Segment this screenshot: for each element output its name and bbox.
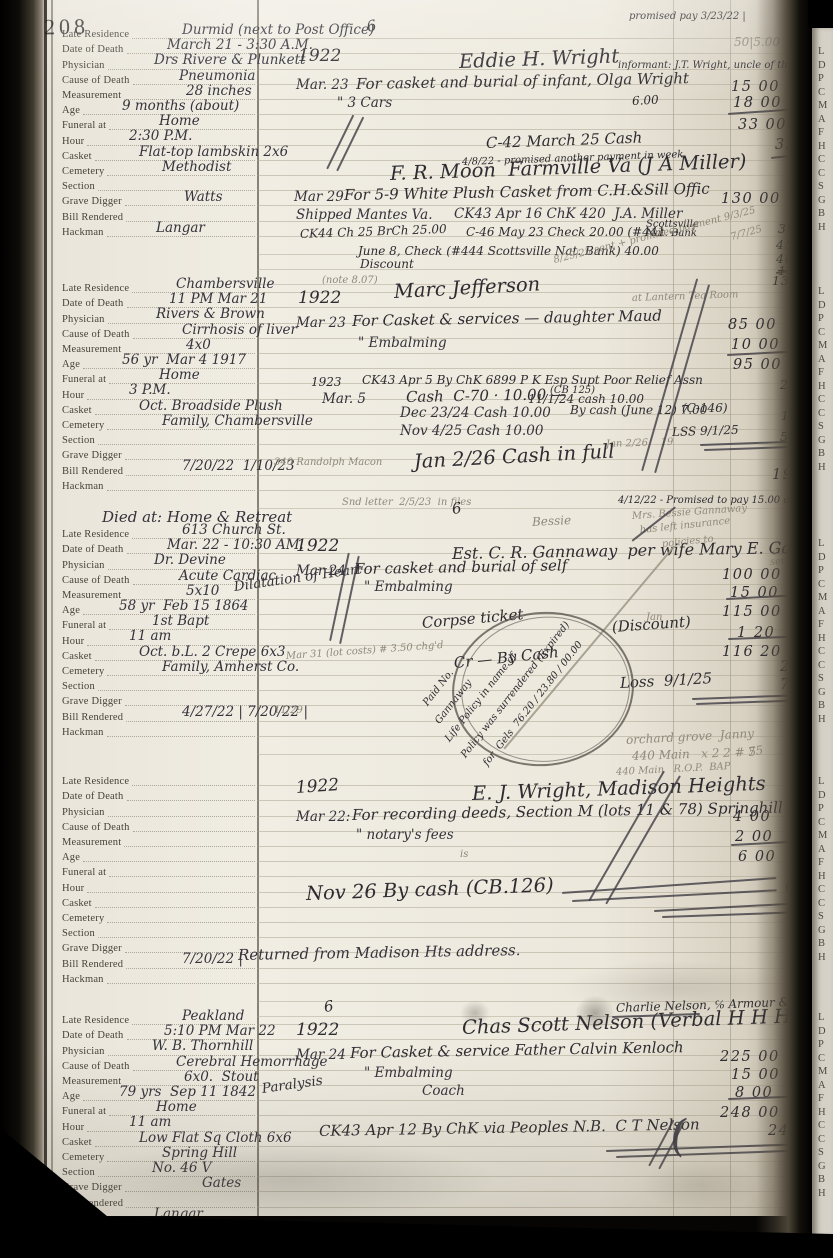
handwritten-note: Paid No. <box>422 668 457 708</box>
field-label: Hour <box>62 390 84 402</box>
field-value: Drs Rivere & Plunkett <box>154 53 305 67</box>
ledger-line <box>257 338 788 339</box>
pen-stroke <box>588 771 665 902</box>
adjacent-page-label-letter: L <box>818 286 824 297</box>
dotted-leader <box>132 538 255 539</box>
ledger-line <box>257 983 788 984</box>
adjacent-page-label-letter: P <box>818 73 824 84</box>
field-label: Funeral at <box>62 120 106 132</box>
handwritten-note: Nat. Bank <box>646 229 697 240</box>
handwritten-note: Paralysis <box>261 1074 324 1097</box>
adjacent-page-label-letter: F <box>818 857 824 868</box>
dotted-leader <box>107 236 255 237</box>
handwritten-note: For recording deeds, Section M (lots 11 … <box>352 800 783 823</box>
adjacent-page-label-letter: B <box>818 1174 825 1185</box>
dotted-leader <box>95 160 255 161</box>
label-zone: Measurement <box>62 344 257 356</box>
ledger-line <box>257 429 788 430</box>
field-label: Cause of Death <box>62 1061 130 1073</box>
adjacent-page-label-letter: D <box>818 790 826 801</box>
handwritten-note: at Lantern Tea Room <box>632 290 739 304</box>
form-row: Hackman <box>62 478 788 493</box>
dotted-leader <box>132 38 255 39</box>
handwritten-note: 11/29 <box>274 706 303 717</box>
adjacent-page-label-letter: S <box>818 181 824 192</box>
form-row: Bill Rendered <box>62 1194 788 1209</box>
label-zone: Cemetery <box>62 1152 257 1164</box>
book-gutter-right <box>756 0 812 1258</box>
form-row: Measurement <box>62 341 788 356</box>
dotted-leader <box>127 53 256 54</box>
form-row: Hackman <box>62 971 788 986</box>
adjacent-page-label-letter: S <box>818 1147 824 1158</box>
ledger-line <box>257 892 788 893</box>
label-zone: Cemetery <box>62 913 257 925</box>
ledger-line <box>257 846 788 847</box>
field-value: Cirrhosis of liver <box>182 323 297 337</box>
pen-stroke <box>612 1013 700 1018</box>
label-zone: Hackman <box>62 974 257 986</box>
ledger-line <box>257 1039 788 1040</box>
label-zone: Grave Digger <box>62 196 257 208</box>
dotted-leader <box>126 475 255 476</box>
field-label: Age <box>62 605 80 617</box>
adjacent-page-label-letter: A <box>818 1080 826 1091</box>
field-label: Bill Rendered <box>62 712 123 724</box>
form-row: Grave Digger <box>62 1179 788 1194</box>
dotted-leader <box>87 892 255 893</box>
ledger-line <box>257 99 788 100</box>
page-edge-line <box>51 0 53 1216</box>
ledger-line <box>257 323 788 324</box>
ledger-line <box>257 69 788 70</box>
label-zone: Casket <box>62 151 257 163</box>
label-zone: Grave Digger <box>62 450 257 462</box>
handwritten-note: 1922 <box>295 777 339 798</box>
pen-stroke <box>329 553 349 641</box>
field-value: Peakland <box>182 1009 244 1023</box>
label-zone: Casket <box>62 1137 257 1149</box>
adjacent-page-label-letter: H <box>818 952 826 963</box>
handwritten-note: E. J. Wright, Madison Heights <box>472 774 766 805</box>
ledger-line <box>257 414 788 415</box>
dotted-leader <box>126 221 255 222</box>
adjacent-page-label-letter: H <box>818 633 826 644</box>
dotted-leader <box>95 1146 255 1147</box>
field-label: Cemetery <box>62 1152 104 1164</box>
adjacent-page-label-letter: L <box>818 776 824 787</box>
field-label: Measurement <box>62 1076 121 1088</box>
handwritten-note: " Embalming <box>364 1066 453 1080</box>
field-value: Family, Chambersville <box>162 414 313 428</box>
field-label: Casket <box>62 151 92 163</box>
form-row: Age <box>62 849 788 864</box>
field-label: Hour <box>62 1122 84 1134</box>
adjacent-page-label-letter: G <box>818 435 826 446</box>
dotted-leader <box>109 383 255 384</box>
label-zone: Cemetery <box>62 420 257 432</box>
form-row: Section <box>62 678 788 693</box>
form-row: Bill Rendered <box>62 955 788 970</box>
dotted-leader <box>132 1024 255 1025</box>
handwritten-note: 6.00 <box>632 94 659 108</box>
pen-stroke <box>326 115 354 170</box>
field-label: Funeral at <box>62 1106 106 1118</box>
ledger-line <box>257 937 788 938</box>
field-value: Mar. 22 - 10:30 AM. <box>167 538 304 552</box>
form-row: Measurement <box>62 1073 788 1088</box>
form-row: Casket <box>62 148 788 163</box>
label-zone: Physician <box>62 60 257 72</box>
field-value: Cerebral Hemorrhage <box>176 1055 328 1069</box>
field-value: 5x10 <box>186 584 219 598</box>
label-zone: Bill Rendered <box>62 712 257 724</box>
label-zone: Section <box>62 681 257 693</box>
adjacent-page-label-letter: F <box>818 367 824 378</box>
dotted-leader <box>132 785 255 786</box>
book-binding-left <box>0 0 46 1258</box>
handwritten-note: Mar 31 (lot costs) # 3.50 chg'd <box>286 641 444 662</box>
handwritten-note: ( <box>667 1112 690 1160</box>
form-row: Date of Death <box>62 41 788 56</box>
form-row: Cemetery <box>62 910 788 925</box>
ledger-line <box>257 599 788 600</box>
form-row: Cause of Death <box>62 572 788 587</box>
adjacent-page-label-letter: D <box>818 1026 826 1037</box>
handwritten-note: Mar. 5 <box>322 392 366 406</box>
handwritten-note: Jan 2/26 19 <box>606 438 674 451</box>
form-row: Late Residence <box>62 1012 788 1027</box>
handwritten-note: Scottsville <box>646 220 699 231</box>
label-zone: Funeral at <box>62 1106 257 1118</box>
paper-stain <box>460 1000 490 1026</box>
field-label: Grave Digger <box>62 696 122 708</box>
form-row: Hour <box>62 132 788 147</box>
handwritten-note: Mar 24 <box>296 564 346 578</box>
ledger-line <box>257 38 788 39</box>
form-row: Age <box>62 356 788 371</box>
ledger-line <box>257 1070 788 1071</box>
field-label: Late Residence <box>62 283 129 295</box>
field-value: 11 am <box>129 629 171 643</box>
field-value: Low Flat Sq Cloth 6x6 <box>139 1131 292 1145</box>
paper-smudge <box>640 1160 760 1210</box>
ledger-line <box>257 876 788 877</box>
field-label: Late Residence <box>62 776 129 788</box>
field-label: Casket <box>62 405 92 417</box>
label-zone: Bill Rendered <box>62 959 257 971</box>
field-label: Hackman <box>62 974 104 986</box>
field-label: Measurement <box>62 590 121 602</box>
field-label: Hour <box>62 636 84 648</box>
handwritten-note: 8/29/25 sent + promised payment 9/3/25 <box>553 206 757 266</box>
form-row: Grave Digger <box>62 940 788 955</box>
adjacent-page-label-letter: P <box>818 803 824 814</box>
field-value: Home <box>156 1100 197 1114</box>
field-label: Age <box>62 852 80 864</box>
handwritten-note: Jan 2/26 Cash in full <box>413 442 615 473</box>
handwritten-note: Mar 23 <box>296 316 346 330</box>
handwritten-note: Chas Scott Nelson (Verbal H H Harris) <box>462 1005 790 1039</box>
handwritten-note: Marc Jefferson <box>393 274 540 302</box>
ledger-line <box>257 292 788 293</box>
field-label: Physician <box>62 60 105 72</box>
form-row: Physician <box>62 803 788 818</box>
adjacent-page-label-letter: P <box>818 1039 824 1050</box>
dotted-leader <box>133 84 255 85</box>
adjacent-page-label-letter: C <box>818 168 825 179</box>
adjacent-page-label-letter: G <box>818 195 826 206</box>
adjacent-page-label-letter: L <box>818 538 824 549</box>
form-row: Funeral at <box>62 371 788 386</box>
adjacent-page-label-letter: C <box>818 660 825 671</box>
dotted-leader <box>107 175 255 176</box>
field-value: Langar <box>154 1207 203 1216</box>
adjacent-page-label-letter: H <box>818 871 826 882</box>
form-row: Funeral at <box>62 117 788 132</box>
adjacent-page-label-letter: M <box>818 1066 827 1077</box>
ledger-line <box>257 53 788 54</box>
label-zone: Hour <box>62 636 257 648</box>
scanned-ledger-photo: 208 Late ResidenceDate of DeathPhysician… <box>0 0 833 1258</box>
adjacent-page-label-letter: G <box>818 925 826 936</box>
ledger-line <box>257 645 788 646</box>
field-label: Bill Rendered <box>62 212 123 224</box>
adjacent-page-label-letter: F <box>818 1093 824 1104</box>
ledger-line <box>257 493 788 509</box>
label-zone: Hackman <box>62 227 257 239</box>
handwritten-note: 440 Main x 2 2 # 5 <box>632 746 757 763</box>
dotted-leader <box>125 1191 255 1192</box>
form-row: Cause of Death <box>62 1058 788 1073</box>
dotted-leader <box>108 1055 255 1056</box>
label-zone: Funeral at <box>62 620 257 632</box>
dotted-leader <box>107 1161 255 1162</box>
field-value: Spring Hill <box>162 1146 237 1160</box>
label-zone: Date of Death <box>62 298 257 310</box>
adjacent-page-label-letter: B <box>818 700 825 711</box>
label-zone: Section <box>62 928 257 940</box>
field-value: 7/20/22 | <box>182 952 243 966</box>
field-value: Oct. b.L. 2 Crepe 6x3 <box>139 645 285 659</box>
handwritten-note: Mrs. Bessie Gannaway <box>632 504 748 523</box>
field-value: 4x0 <box>186 338 211 352</box>
handwritten-note: CK44 Ch 25 BrCh 25.00 <box>300 223 447 241</box>
pen-stroke <box>658 1123 684 1170</box>
handwritten-note: Shipped Mantes Va. <box>296 208 433 222</box>
adjacent-page-label-letter: B <box>818 448 825 459</box>
handwritten-note: Corpse ticket <box>421 607 524 632</box>
dotted-leader <box>133 338 255 339</box>
adjacent-page-label-letter: D <box>818 60 826 71</box>
adjacent-page-label-letter: F <box>818 127 824 138</box>
adjacent-page-label-letter: A <box>818 844 826 855</box>
pen-stroke <box>654 284 710 473</box>
handwritten-note: " notary's fees <box>356 828 454 842</box>
form-row: Date of Death <box>62 541 788 556</box>
label-zone: Section <box>62 435 257 447</box>
field-value: Dr. Devine <box>154 553 226 567</box>
ledger-line <box>257 1161 788 1162</box>
dotted-leader <box>87 1131 255 1132</box>
label-zone: Age <box>62 359 257 371</box>
field-value: Acute Cardiac <box>179 569 276 583</box>
form-row: Age <box>62 102 788 117</box>
handwritten-note: C-46 May 23 Check 20.00 (#441 → <box>466 226 679 239</box>
ledger-line <box>257 353 788 354</box>
adjacent-page-label-letter: C <box>818 817 825 828</box>
handwritten-note: Nov 26 By cash (CB.126) <box>306 875 554 904</box>
field-label: Physician <box>62 807 105 819</box>
form-row: Physician <box>62 1042 788 1057</box>
adjacent-page-label-letter: P <box>818 565 824 576</box>
dotted-leader <box>124 599 255 600</box>
field-label: Measurement <box>62 837 121 849</box>
handwritten-note: 6 <box>451 501 463 518</box>
ledger-line <box>257 239 788 255</box>
field-value: Home <box>159 114 200 128</box>
adjacent-page-label-letter: C <box>818 898 825 909</box>
handwritten-note: For 5-9 White Plush Casket from C.H.&Sil… <box>344 182 710 204</box>
field-value: W. B. Thornhill <box>152 1039 253 1053</box>
ledger-line <box>257 444 788 445</box>
paper-smudge <box>80 1140 500 1216</box>
pen-stroke <box>648 1120 674 1167</box>
dotted-leader <box>108 323 255 324</box>
field-label: Date of Death <box>62 544 124 556</box>
form-row: Funeral at <box>62 617 788 632</box>
dotted-leader <box>98 690 255 691</box>
ledger-line <box>257 831 788 832</box>
dotted-leader <box>133 584 255 585</box>
ledger-line <box>257 690 788 691</box>
dotted-leader <box>83 114 255 115</box>
adjacent-page-label-letter: L <box>818 46 824 57</box>
ledger-line <box>257 490 788 491</box>
field-value: Oct. Broadside Plush <box>139 399 283 413</box>
dotted-leader <box>124 353 255 354</box>
dotted-leader <box>125 205 255 206</box>
field-value: Methodist <box>162 160 231 174</box>
ledger-page: 208 Late ResidenceDate of DeathPhysician… <box>34 0 790 1216</box>
ledger-line <box>257 1207 788 1208</box>
handwritten-note: June 8, Check (#444 Scottsville Nat. Ban… <box>358 245 659 258</box>
label-zone: Cemetery <box>62 166 257 178</box>
form-row: Bill Rendered <box>62 208 788 223</box>
field-label: Physician <box>62 560 105 572</box>
dotted-leader <box>83 1100 255 1101</box>
handwritten-note: For Casket & services — daughter Maud <box>352 309 662 330</box>
label-zone: Age <box>62 605 257 617</box>
form-row: Cause of Death <box>62 326 788 341</box>
field-label: Date of Death <box>62 44 124 56</box>
adjacent-page-label-letter: B <box>818 938 825 949</box>
dotted-leader <box>109 876 255 877</box>
dotted-leader <box>127 800 256 801</box>
ledger-line <box>257 968 788 969</box>
dotted-leader <box>124 846 255 847</box>
adjacent-page-label-letter: L <box>818 1012 824 1023</box>
handwritten-note: 1923 <box>311 376 342 389</box>
field-value: 3 P.M. <box>129 383 171 397</box>
ledger-line <box>257 1131 788 1132</box>
dotted-leader <box>95 414 255 415</box>
form-row: Grave Digger <box>62 693 788 708</box>
adjacent-page-label-letter: M <box>818 100 827 111</box>
handwritten-note: Returned from Madison Hts address. <box>238 943 521 964</box>
field-label: Hour <box>62 883 84 895</box>
adjacent-page-label-letter: H <box>818 714 826 725</box>
form-row: Age <box>62 1088 788 1103</box>
ledger-line <box>257 175 788 176</box>
handwritten-note: Life Policy in name of <box>444 652 520 745</box>
dotted-leader <box>125 459 255 460</box>
adjacent-page-label-letter: C <box>818 646 825 657</box>
ledger-line <box>257 907 788 908</box>
ledger-line <box>257 553 788 554</box>
field-value: 7/20/22 1/10/23 <box>182 459 295 473</box>
label-zone: Casket <box>62 898 257 910</box>
handwritten-note: 1922 <box>298 290 341 308</box>
dotted-leader <box>98 937 255 938</box>
label-zone: Hackman <box>62 481 257 493</box>
field-value: 4/27/22 | 7/20/22 | <box>182 705 308 719</box>
field-label: Late Residence <box>62 1015 129 1027</box>
field-label: Cemetery <box>62 666 104 678</box>
ledger-line <box>257 614 788 615</box>
form-row: Section <box>62 925 788 940</box>
label-zone: Age <box>62 105 257 117</box>
page-edge-line <box>44 0 47 1216</box>
field-value: 613 Church St. <box>182 523 286 537</box>
pen-stroke <box>605 775 681 904</box>
label-zone: Bill Rendered <box>62 212 257 224</box>
label-zone: Bill Rendered <box>62 466 257 478</box>
handwritten-note: is <box>460 850 468 861</box>
handwritten-note: By cash (June 12) 7.00 <box>570 404 707 417</box>
field-label: Funeral at <box>62 867 106 879</box>
handwritten-note: Cr — By Cash <box>453 645 559 672</box>
form-row: Bill Rendered <box>62 462 788 477</box>
ledger-line <box>257 368 788 369</box>
label-zone: Late Residence <box>62 1015 257 1027</box>
handwritten-note: Mar. 23 <box>296 78 349 92</box>
handwritten-note: Policy was surrendered (Expired) <box>460 620 573 760</box>
form-row: Hour <box>62 879 788 894</box>
label-zone: Grave Digger <box>62 943 257 955</box>
ledger-line <box>257 736 788 737</box>
ledger-line <box>257 952 788 953</box>
handwritten-note: 1922 <box>296 1022 339 1040</box>
ledger-line <box>257 986 788 1002</box>
handwritten-note: 11/1/24 cash 10.00 <box>528 393 644 406</box>
ledger-line <box>257 629 788 630</box>
form-row: Cemetery <box>62 1149 788 1164</box>
adjacent-page-label-letter: H <box>818 222 826 233</box>
ledger-line <box>257 538 788 539</box>
dotted-leader <box>108 569 255 570</box>
field-value: Family, Amherst Co. <box>162 660 299 674</box>
adjacent-page-label-letter: S <box>818 911 824 922</box>
label-zone: Physician <box>62 1046 257 1058</box>
form-row: Measurement <box>62 834 788 849</box>
adjacent-page-label-letter: G <box>818 687 826 698</box>
dotted-leader <box>126 1207 255 1208</box>
adjacent-page-label-letter: C <box>818 1053 825 1064</box>
field-label: Hour <box>62 136 84 148</box>
handwritten-note: 6 <box>323 999 335 1016</box>
dotted-leader <box>127 553 256 554</box>
